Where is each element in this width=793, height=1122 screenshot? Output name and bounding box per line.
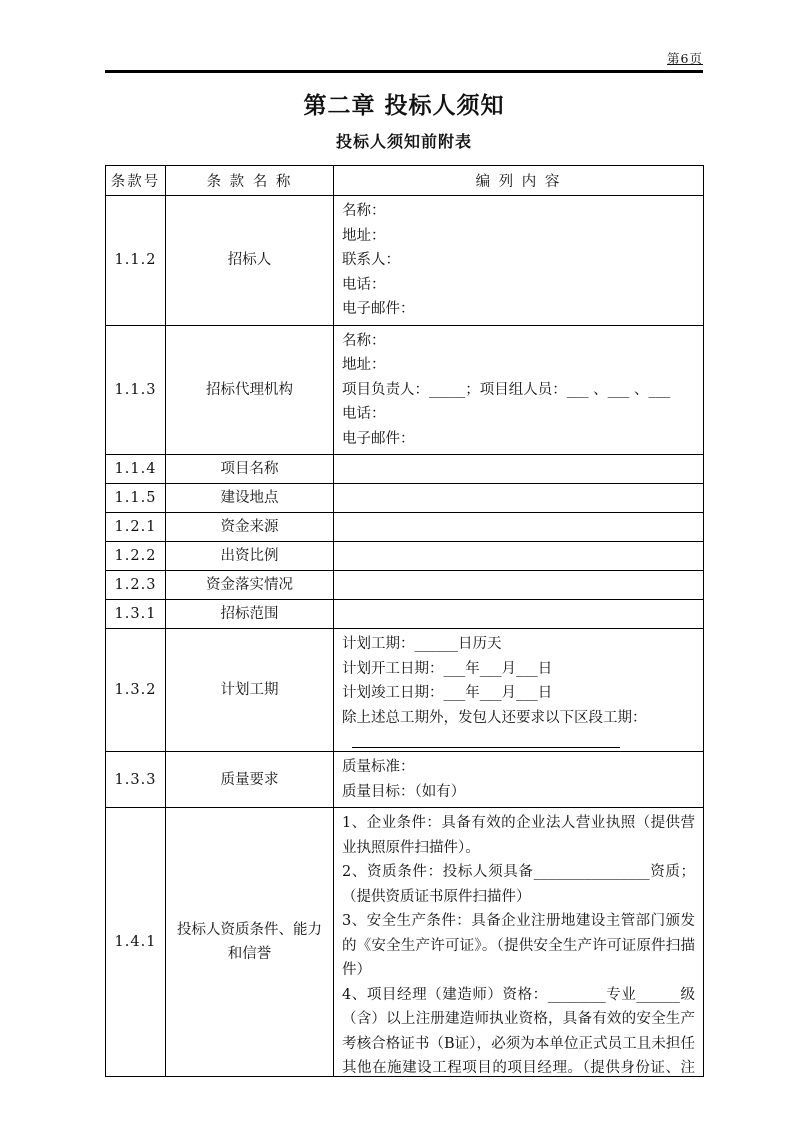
document-page: 第6页 第二章 投标人须知 投标人须知前附表 条款号 条 款 名 称 编 列 内… [105,0,703,1077]
header-clause-name: 条 款 名 称 [166,166,334,196]
table-row: 1.1.4 项目名称 [106,455,704,484]
clipped-text-region: 1、企业条件：具备有效的企业法人营业执照（提供营业执照原件扫描件）。 2、资质条… [342,811,695,1073]
clause-content-empty [334,600,704,629]
table-row: 1.3.2 计划工期 计划工期：______日历天 计划开工日期：___年___… [106,629,704,752]
header-content: 编 列 内 容 [334,166,704,196]
clause-content: 计划工期：______日历天 计划开工日期：___年___月___日 计划竣工日… [334,629,704,752]
content-line: 名称： [342,199,695,224]
clause-no: 1.1.5 [106,484,166,513]
table-row: 1.3.1 招标范围 [106,600,704,629]
clause-name: 资金落实情况 [166,571,334,600]
content-line: 联系人： [342,248,695,273]
table-row: 1.2.1 资金来源 [106,513,704,542]
clause-name: 资金来源 [166,513,334,542]
clause-no: 1.3.1 [106,600,166,629]
table-row: 1.1.2 招标人 名称： 地址： 联系人： 电话： 电子邮件： [106,196,704,326]
clause-content: 名称： 地址： 联系人： 电话： 电子邮件： [334,196,704,326]
clause-content: 1、企业条件：具备有效的企业法人营业执照（提供营业执照原件扫描件）。 2、资质条… [334,808,704,1077]
clause-name: 招标代理机构 [166,325,334,455]
content-line: 质量标准： [342,755,695,780]
content-line: 地址： [342,353,695,378]
content-paragraph: 2、资质条件：投标人须具备________________资质；（提供资质证书原… [342,860,695,909]
clause-name: 招标人 [166,196,334,326]
clause-no: 1.1.4 [106,455,166,484]
table-header-row: 条款号 条 款 名 称 编 列 内 容 [106,166,704,196]
clause-no: 1.2.2 [106,542,166,571]
header-rule [105,70,703,73]
clause-name: 质量要求 [166,752,334,808]
content-line: 除上述总工期外，发包人还要求以下区段工期： [342,706,695,731]
clause-no: 1.2.1 [106,513,166,542]
content-line: 质量目标：（如有） [342,780,695,805]
clause-content-empty [334,571,704,600]
content-line: 电子邮件： [342,297,695,322]
clause-no: 1.1.3 [106,325,166,455]
content-line: 地址： [342,224,695,249]
clause-content-empty [334,455,704,484]
table-row: 1.1.3 招标代理机构 名称： 地址： 项目负责人：_____；项目组人员：_… [106,325,704,455]
content-paragraph: 4、项目经理（建造师）资格：________专业______级（含）以上注册建造… [342,983,695,1074]
clause-no: 1.4.1 [106,808,166,1077]
clause-name: 项目名称 [166,455,334,484]
content-paragraph: 1、企业条件：具备有效的企业法人营业执照（提供营业执照原件扫描件）。 [342,811,695,860]
clause-content: 名称： 地址： 项目负责人：_____；项目组人员：___ 、___ 、___ … [334,325,704,455]
bid-data-sheet-table: 条款号 条 款 名 称 编 列 内 容 1.1.2 招标人 名称： 地址： 联系… [105,165,704,1077]
clause-name: 招标范围 [166,600,334,629]
page-header: 第6页 [105,48,703,68]
content-line: 计划开工日期：___年___月___日 [342,657,695,682]
clause-no: 1.2.3 [106,571,166,600]
clause-name: 计划工期 [166,629,334,752]
table-row: 1.2.3 资金落实情况 [106,571,704,600]
clause-content-empty [334,484,704,513]
clause-no: 1.3.2 [106,629,166,752]
content-line: 项目负责人：_____；项目组人员：___ 、___ 、___ [342,378,695,403]
page-number: 第6页 [667,51,703,66]
clause-content-empty [334,513,704,542]
clause-content: 质量标准： 质量目标：（如有） [334,752,704,808]
segment-duration-blank-line [352,730,620,748]
table-subtitle: 投标人须知前附表 [105,131,703,153]
table-row: 1.4.1 投标人资质条件、能力和信誉 1、企业条件：具备有效的企业法人营业执照… [106,808,704,1077]
table-row: 1.2.2 出资比例 [106,542,704,571]
chapter-title: 第二章 投标人须知 [105,91,703,121]
clause-no: 1.1.2 [106,196,166,326]
content-line: 计划竣工日期：___年___月___日 [342,681,695,706]
table-row: 1.3.3 质量要求 质量标准： 质量目标：（如有） [106,752,704,808]
header-clause-no: 条款号 [106,166,166,196]
content-line: 电话： [342,402,695,427]
content-line: 计划工期：______日历天 [342,632,695,657]
clause-name: 建设地点 [166,484,334,513]
content-line: 电子邮件： [342,427,695,452]
content-line: 名称： [342,329,695,354]
clause-no: 1.3.3 [106,752,166,808]
clause-name: 投标人资质条件、能力和信誉 [166,808,334,1077]
clause-name: 出资比例 [166,542,334,571]
content-paragraph: 3、安全生产条件：具备企业注册地建设主管部门颁发的《安全生产许可证》。（提供安全… [342,909,695,983]
content-line: 电话： [342,273,695,298]
clause-content-empty [334,542,704,571]
table-row: 1.1.5 建设地点 [106,484,704,513]
